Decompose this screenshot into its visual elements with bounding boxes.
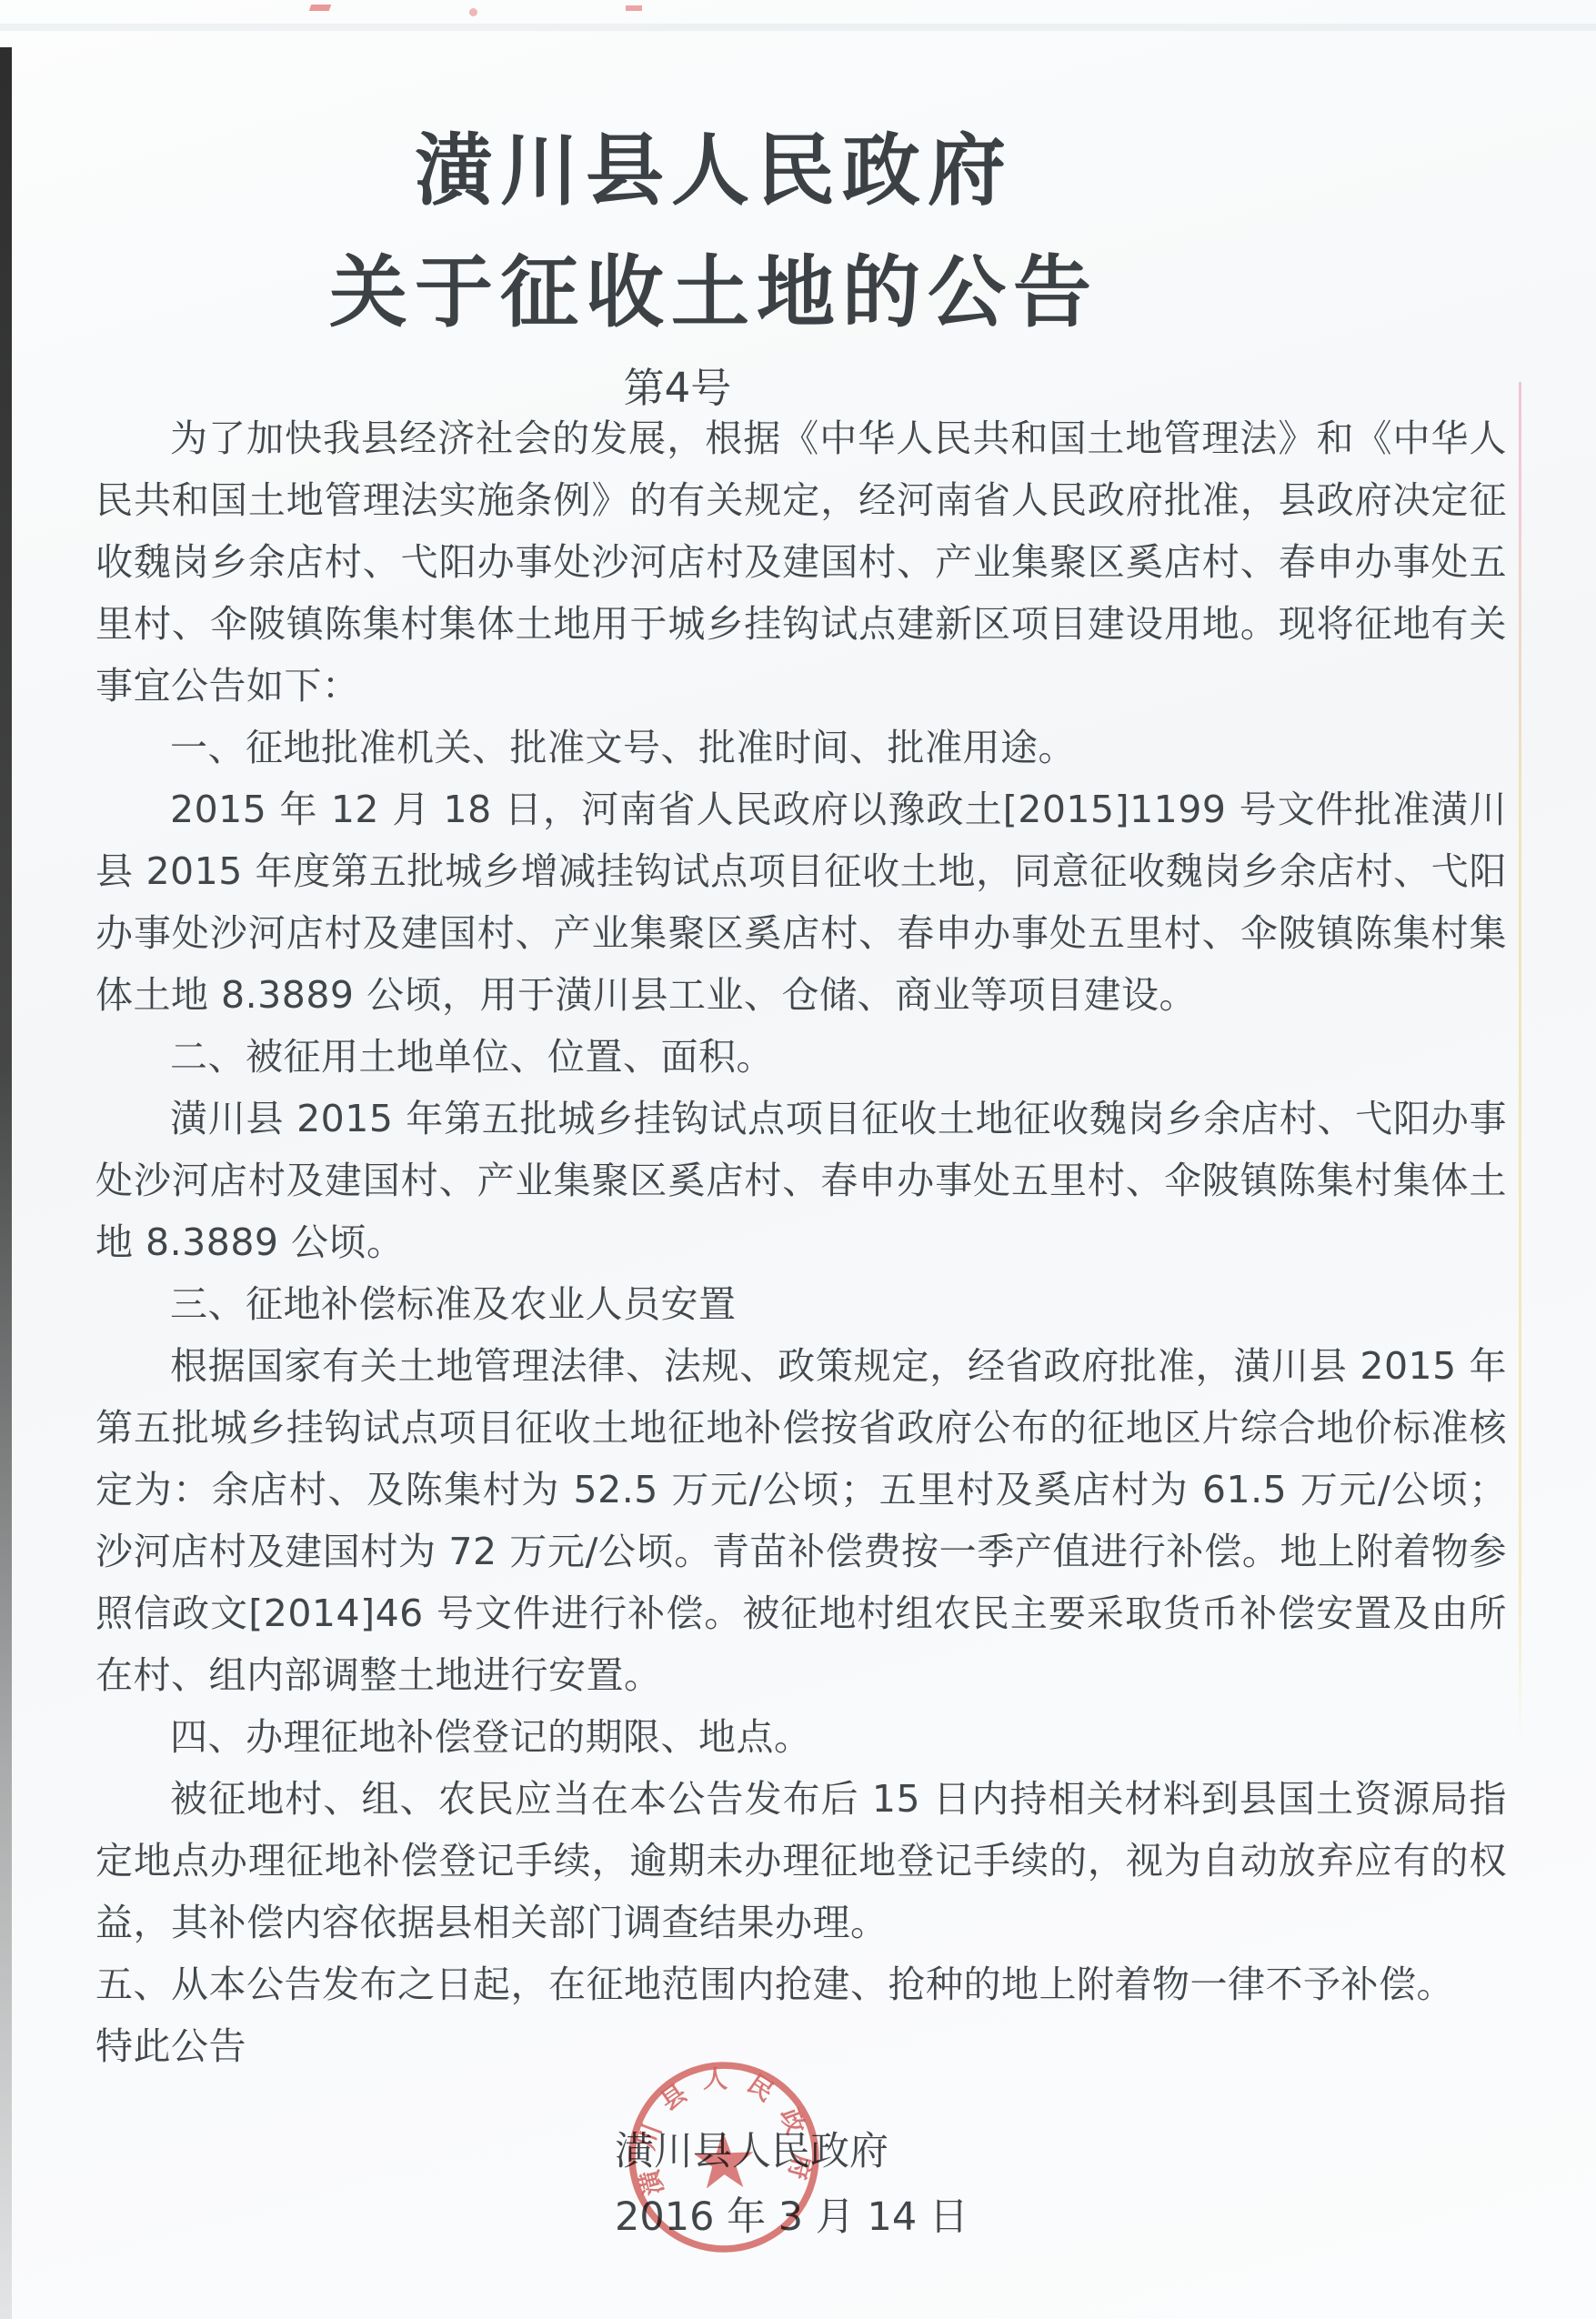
paragraph-registration: 被征地村、组、农民应当在本公告发布后 15 日内持相关材料到县国土资源局指定地点… xyxy=(95,1768,1507,1953)
paragraph-compensation: 根据国家有关土地管理法律、法规、政策规定，经省政府批准，潢川县 2015 年第五… xyxy=(95,1335,1507,1706)
paragraph-location: 潢川县 2015 年第五批城乡挂钩试点项目征收土地征收魏岗乡余店村、弋阳办事处沙… xyxy=(95,1088,1507,1273)
section-heading-1: 一、征地批准机关、批准文号、批准时间、批准用途。 xyxy=(95,717,1507,778)
section-heading-4: 四、办理征地补偿登记的期限、地点。 xyxy=(95,1706,1507,1768)
document-title-line2: 关于征收土地的公告 xyxy=(0,229,1428,342)
scanned-document-page: 潢川县人民政府 关于征收土地的公告 第4号 为了加快我县经济社会的发展，根据《中… xyxy=(0,0,1596,2319)
section-heading-5: 五、从本公告发布之日起，在征地范围内抢建、抢种的地上附着物一律不予补偿。 xyxy=(95,1953,1507,2015)
section-heading-3: 三、征地补偿标准及农业人员安置 xyxy=(95,1273,1507,1335)
paragraph-intro: 为了加快我县经济社会的发展，根据《中华人民共和国土地管理法》和《中华人民共和国土… xyxy=(95,407,1507,717)
document-number: 第4号 xyxy=(0,355,1355,414)
official-seal: 潢川县人民政府 xyxy=(620,2044,829,2274)
scan-top-band-artifact xyxy=(0,24,1596,31)
document-title-line1: 潢川县人民政府 xyxy=(0,107,1428,220)
scan-red-mark xyxy=(469,8,477,16)
section-heading-2: 二、被征用土地单位、位置、面积。 xyxy=(95,1026,1507,1088)
scan-vertical-line-artifact xyxy=(1519,382,1521,1746)
scan-red-mark xyxy=(309,5,332,11)
scan-red-mark xyxy=(626,5,642,11)
star-icon xyxy=(693,2131,754,2189)
paragraph-approval: 2015 年 12 月 18 日，河南省人民政府以豫政土[2015]1199 号… xyxy=(95,778,1507,1026)
document-body: 为了加快我县经济社会的发展，根据《中华人民共和国土地管理法》和《中华人民共和国土… xyxy=(95,407,1507,2077)
